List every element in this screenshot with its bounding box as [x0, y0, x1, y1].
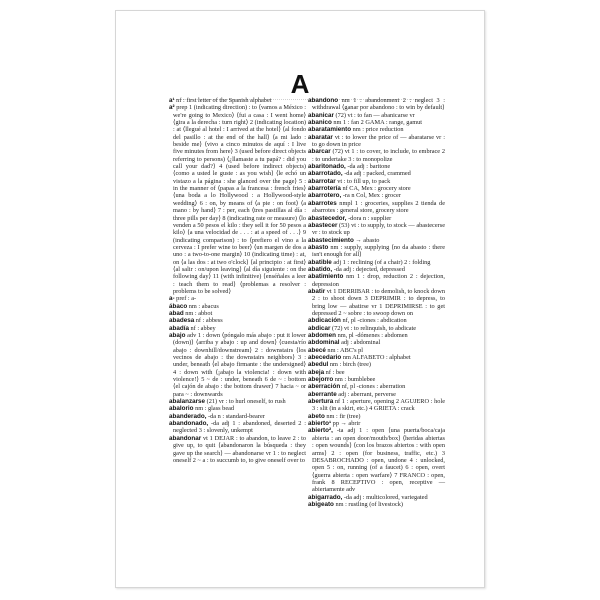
definition: nm : rustling (of livestock)	[334, 501, 403, 508]
dictionary-entry: abarrotería nf CA, Mex : grocery store	[308, 185, 445, 192]
headword: abarrotar	[308, 178, 336, 185]
definition: nm : abacus	[187, 303, 219, 310]
dictionary-entry: abatible adj 1 : reclining (of a chair) …	[308, 259, 445, 266]
definition: -da adj : packed, crammed	[343, 170, 411, 177]
dictionary-entry: abierto², -ta adj 1 : open ⟨una puerta/b…	[308, 427, 445, 493]
headword: abajo	[169, 332, 185, 339]
dictionary-entry: abigeato nm : rustling (of livestock)	[308, 501, 445, 508]
dictionary-entry: abejorro nm : bumblebee	[308, 376, 445, 383]
dictionary-entry: aberrante adj : aberrant, perverse	[308, 391, 445, 398]
headword: abanico	[308, 119, 332, 126]
definition: nm : supply, supplying ⟨no da abasto : t…	[312, 244, 445, 258]
dictionary-entry: a¹ nf : first letter of the Spanish alph…	[169, 97, 306, 104]
dictionary-entry: abajo adv 1 : down ⟨póngalo más abajo : …	[169, 332, 306, 398]
definition: -da adj : multicolored, variegated	[342, 494, 427, 501]
dictionary-entry: abarrotero, -ra n Col, Mex : grocer	[308, 192, 445, 199]
dictionary-entry: abanicar (72) vt : to fan — abanicarse v…	[308, 112, 445, 119]
dictionary-entry: abdicación nf, pl -ciones : abdication	[308, 317, 445, 324]
headword: abaritonado,	[308, 163, 346, 170]
definition: nm : birch (tree)	[328, 361, 371, 368]
dictionary-entry: abalanzarse (21) vr : to hurl oneself, t…	[169, 398, 306, 405]
definition: nm ALFABETO : alphabet	[341, 354, 410, 361]
dictionary-entry: abandonar vt 1 DEJAR : to abandon, to le…	[169, 435, 306, 464]
headword: abandonar	[169, 435, 201, 442]
definition: (72) vt : to fan — abanicarse vr	[334, 112, 415, 119]
headword: abaratar	[308, 134, 333, 141]
headword: abigarrado,	[308, 494, 342, 501]
headword: abecé	[308, 347, 326, 354]
dictionary-entry: abastecedor, -dora n : supplier	[308, 215, 445, 222]
dictionary-entry: abecedario nm ALFABETO : alphabet	[308, 354, 445, 361]
dictionary-entry: abaratar vt : to lower the price of — ab…	[308, 134, 445, 149]
definition: nf : abbey	[189, 325, 216, 332]
dictionary-entry: abatimiento nm 1 : drop, reduction 2 : d…	[308, 273, 445, 288]
definition: nm, pl -dómenes : abdomen	[336, 332, 408, 339]
headword: abarrotero,	[308, 192, 341, 199]
definition: prep 1 (indicating direction) : to ⟨vamo…	[173, 104, 306, 295]
dictionary-entry: abastecer (53) vt : to supply, to stock …	[308, 222, 445, 237]
definition: nm : ABC's pl	[326, 347, 363, 354]
dictionary-entry: abalorio nm : glass bead	[169, 405, 306, 412]
headword: abatible	[308, 259, 332, 266]
headword: aberrante	[308, 391, 337, 398]
headword: abalorio	[169, 405, 194, 412]
headword: abeja	[308, 369, 324, 376]
definition: (21) vr : to hurl oneself, to rush	[205, 398, 286, 405]
headword: abatido,	[308, 266, 332, 273]
dictionary-entry: abandonado, -da adj 1 : abandoned, deser…	[169, 420, 306, 435]
headword: abarrotería	[308, 185, 341, 192]
definition: pref : a-	[175, 295, 197, 302]
headword: aberración	[308, 383, 340, 390]
definition: nm : bumblebee	[333, 376, 375, 383]
dictionary-entry: abanderado, -da n : standard-bearer	[169, 413, 306, 420]
dictionary-entry: abierto¹ pp → abrir	[308, 420, 445, 427]
headword: abdicar	[308, 325, 330, 332]
headword: abaratamiento	[308, 126, 351, 133]
dictionary-entry: abad nm : abbot	[169, 310, 306, 317]
definition: adj 1 : reclining (of a chair) 2 : foldi…	[332, 259, 431, 266]
definition: nm : price reduction	[351, 126, 403, 133]
dictionary-entry: abeja nf : bee	[308, 369, 445, 376]
headword: abalanzarse	[169, 398, 205, 405]
dictionary-entry: a² prep 1 (indicating direction) : to ⟨v…	[169, 104, 306, 295]
headword: abdicación	[308, 317, 341, 324]
dictionary-entry: abatir vt 1 DERRIBAR : to demolish, to k…	[308, 288, 445, 317]
headword: abastecer	[308, 222, 337, 229]
headword: abigeato	[308, 501, 334, 508]
headword: abierto²,	[308, 427, 333, 434]
dictionary-entry: abdominal adj : abdominal	[308, 339, 445, 346]
headword: abadesa	[169, 317, 194, 324]
headword: abarrotes	[308, 200, 337, 207]
definition: adv 1 : down ⟨póngalo más abajo : put it…	[173, 332, 306, 398]
headword: abadía	[169, 325, 189, 332]
headword: abertura	[308, 398, 333, 405]
dictionary-entry: abastecimiento → abasto	[308, 237, 445, 244]
dictionary-entry: abedul nm : birch (tree)	[308, 361, 445, 368]
headword: abastecimiento	[308, 237, 354, 244]
headword: abedul	[308, 361, 328, 368]
dictionary-entry: abarrotado, -da adj : packed, crammed	[308, 170, 445, 177]
definition: -da n : standard-bearer	[206, 413, 264, 420]
dictionary-entry: abaratamiento nm : price reduction	[308, 126, 445, 133]
definition: adj : abdominal	[340, 339, 381, 346]
definition: (72) vt : to relinquish, to abdicate	[330, 325, 416, 332]
definition: nf : first letter of the Spanish alphabe…	[175, 97, 272, 104]
dictionary-entry: abaritonado, -da adj : baritone	[308, 163, 445, 170]
left-column: a¹ nf : first letter of the Spanish alph…	[169, 97, 306, 464]
definition: nf, pl -ciones : abdication	[341, 317, 407, 324]
headword: abatir	[308, 288, 325, 295]
dictionary-entry: abecé nm : ABC's pl	[308, 347, 445, 354]
dictionary-entry: abadía nf : abbey	[169, 325, 306, 332]
definition: -dora n : supplier	[347, 215, 392, 222]
headword: abanderado,	[169, 413, 206, 420]
dictionary-entry: abarrotar vt : to fill up, to pack	[308, 178, 445, 185]
definition: -ra n Col, Mex : grocer	[341, 192, 401, 199]
definition: -da adj : baritone	[346, 163, 390, 170]
definition: → abasto	[354, 237, 380, 244]
definition: -da adj : dejected, depressed	[332, 266, 405, 273]
headword: abejorro	[308, 376, 333, 383]
headword: abastecedor,	[308, 215, 347, 222]
definition: -ta adj 1 : open ⟨una puerta/boca/caja a…	[312, 427, 445, 493]
headword: abarcar	[308, 148, 331, 155]
definition: nf : abbess	[194, 317, 223, 324]
dictionary-entry: ábaco nm : abacus	[169, 303, 306, 310]
headword: abanicar	[308, 112, 334, 119]
dictionary-entry: abadesa nf : abbess	[169, 317, 306, 324]
definition: nm 1 : fan 2 GAMA : range, gamut	[332, 119, 422, 126]
headword: abierto¹	[308, 420, 331, 427]
headword: abad	[169, 310, 184, 317]
headword: abandono	[308, 97, 338, 104]
dictionary-entry: abdomen nm, pl -dómenes : abdomen	[308, 332, 445, 339]
headword: abasto	[308, 244, 328, 251]
headword: abarrotado,	[308, 170, 343, 177]
definition: nf, pl -ciones : aberration	[340, 383, 405, 390]
definition: nm : abbot	[184, 310, 213, 317]
dictionary-entry: abatido, -da adj : dejected, depressed	[308, 266, 445, 273]
definition: vt 1 DERRIBAR : to demolish, to knock do…	[312, 288, 445, 317]
headword: abatimiento	[308, 273, 343, 280]
headword: abeto	[308, 413, 325, 420]
dictionary-entry: abanico nm 1 : fan 2 GAMA : range, gamut	[308, 119, 445, 126]
headword: abecedario	[308, 354, 341, 361]
dictionary-entry: abarcar (72) vt 1 : to cover, to include…	[308, 148, 445, 163]
headword: abdominal	[308, 339, 340, 346]
definition: (72) vt 1 : to cover, to include, to emb…	[312, 148, 445, 162]
dictionary-entry: abertura nf 1 : aperture, opening 2 AGUJ…	[308, 398, 445, 413]
definition: vt : to fill up, to pack	[336, 178, 391, 185]
dictionary-entry: abarrotes nmpl 1 : groceries, supplies 2…	[308, 200, 445, 215]
definition: nm : glass bead	[194, 405, 235, 412]
dictionary-entry: a- pref : a-	[169, 295, 306, 302]
definition: nf CA, Mex : grocery store	[341, 185, 411, 192]
dictionary-entry: abeto nm : fir (tree)	[308, 413, 445, 420]
section-letter-heading: A	[116, 69, 484, 100]
right-column: abandono nm 1 : abandonment 2 : neglect …	[308, 97, 445, 508]
definition: pp → abrir	[331, 420, 360, 427]
dictionary-entry: abdicar (72) vt : to relinquish, to abdi…	[308, 325, 445, 332]
headword: abdomen	[308, 332, 336, 339]
definition: nm : fir (tree)	[325, 413, 361, 420]
headword: ábaco	[169, 303, 187, 310]
dictionary-entry: abasto nm : supply, supplying ⟨no da aba…	[308, 244, 445, 259]
definition: adj : aberrant, perverse	[337, 391, 396, 398]
dictionary-page: A a¹ nf : first letter of the Spanish al…	[115, 10, 485, 588]
headword: abandonado,	[169, 420, 208, 427]
definition: vt : to lower the price of — abaratarse …	[312, 134, 445, 148]
dictionary-entry: abigarrado, -da adj : multicolored, vari…	[308, 494, 445, 501]
dictionary-entry: abandono nm 1 : abandonment 2 : neglect …	[308, 97, 445, 112]
dictionary-entry: aberración nf, pl -ciones : aberration	[308, 383, 445, 390]
definition: nf : bee	[324, 369, 344, 376]
